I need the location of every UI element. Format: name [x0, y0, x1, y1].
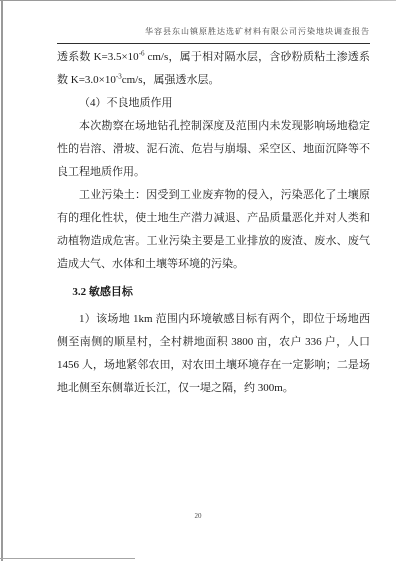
page-edge-bottom — [0, 558, 135, 559]
permeability-text-3: cm/s，属强透水层。 — [122, 74, 220, 86]
paragraph-sensitive-targets: 1）该场地 1km 范围内环境敏感目标有两个，即位于场地西侧至南侧的顺星村，全村… — [57, 308, 370, 400]
page-edge-top — [0, 0, 396, 1]
section-heading-sensitive-targets: 3.2 敏感目标 — [57, 281, 370, 304]
paragraph-permeability: 透系数 K=3.5×10-6 cm/s，属于相对隔水层，含砂粉质粘土渗透系数 K… — [57, 46, 370, 92]
paragraph-subheading-geology: （4）不良地质作用 — [57, 92, 370, 115]
page-edge-left — [1, 0, 3, 561]
page-number: 20 — [0, 512, 396, 520]
permeability-text-1: 透系数 K=3.5×10 — [57, 51, 139, 63]
header-title: 华容县东山镇原胜达选矿材料有限公司污染地块调查报告 — [57, 26, 370, 37]
header-rule — [57, 43, 370, 44]
paragraph-survey-findings: 本次勘察在场地钻孔控制深度及范围内未发现影响场地稳定性的岩溶、滑坡、泥石流、危岩… — [57, 115, 370, 184]
paragraph-industrial-pollution: 工业污染土：因受到工业废弃物的侵入，污染恶化了土壤原有的理化性状，使土地生产潜力… — [57, 184, 370, 276]
document-page: 华容县东山镇原胜达选矿材料有限公司污染地块调查报告 透系数 K=3.5×10-6… — [0, 0, 396, 561]
document-body: 透系数 K=3.5×10-6 cm/s，属于相对隔水层，含砂粉质粘土渗透系数 K… — [57, 46, 370, 400]
